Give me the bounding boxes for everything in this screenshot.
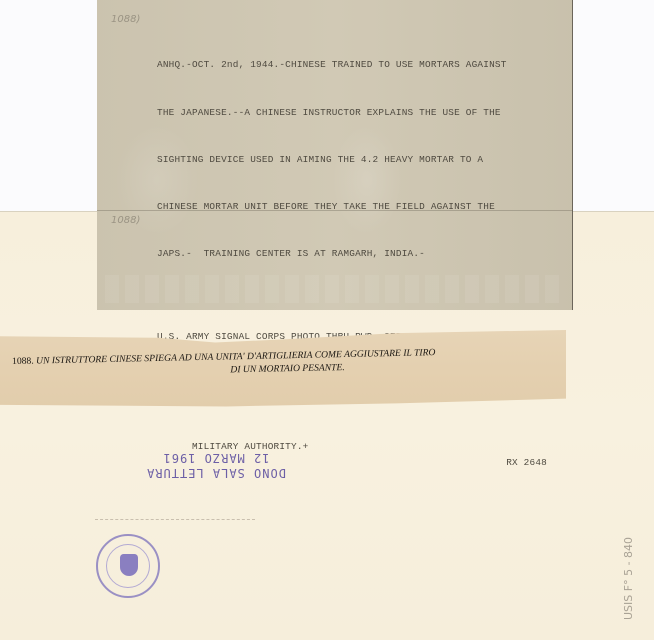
typed-caption-sheet: 1088) 1088) ANHQ.-OCT. 2nd, 1944.-CHINES… <box>97 0 573 310</box>
library-stamp: DONO SALA LETTURA 12 MARZO 1961 <box>116 450 316 480</box>
shield-icon <box>120 554 138 576</box>
pencil-number-bottom: 1088) <box>111 215 140 226</box>
faint-dashed-mark <box>95 519 255 520</box>
stamp-line1: DONO SALA LETTURA <box>116 465 316 480</box>
caption-line: THE JAPANESE.--A CHINESE INSTRUCTOR EXPL… <box>157 105 557 121</box>
caption-line: JAPS.- TRAINING CENTER IS AT RAMGARH, IN… <box>157 246 557 262</box>
caption-line: ANHQ.-OCT. 2nd, 1944.-CHINESE TRAINED TO… <box>157 57 557 73</box>
caption-number: 1088. <box>12 356 34 367</box>
typed-caption: ANHQ.-OCT. 2nd, 1944.-CHINESE TRAINED TO… <box>157 26 557 518</box>
caption-line: SIGHTING DEVICE USED IN AIMING THE 4.2 H… <box>157 152 557 168</box>
round-seal-stamp <box>96 534 160 598</box>
caption-line: CHINESE MORTAR UNIT BEFORE THEY TAKE THE… <box>157 199 557 215</box>
pencil-number-top: 1088) <box>111 14 140 25</box>
pencil-margin-note: USIS F° 5 - 840 <box>622 537 635 620</box>
reference-code: RX 2648 <box>506 455 547 471</box>
stamp-line2: 12 MARZO 1961 <box>116 450 316 465</box>
